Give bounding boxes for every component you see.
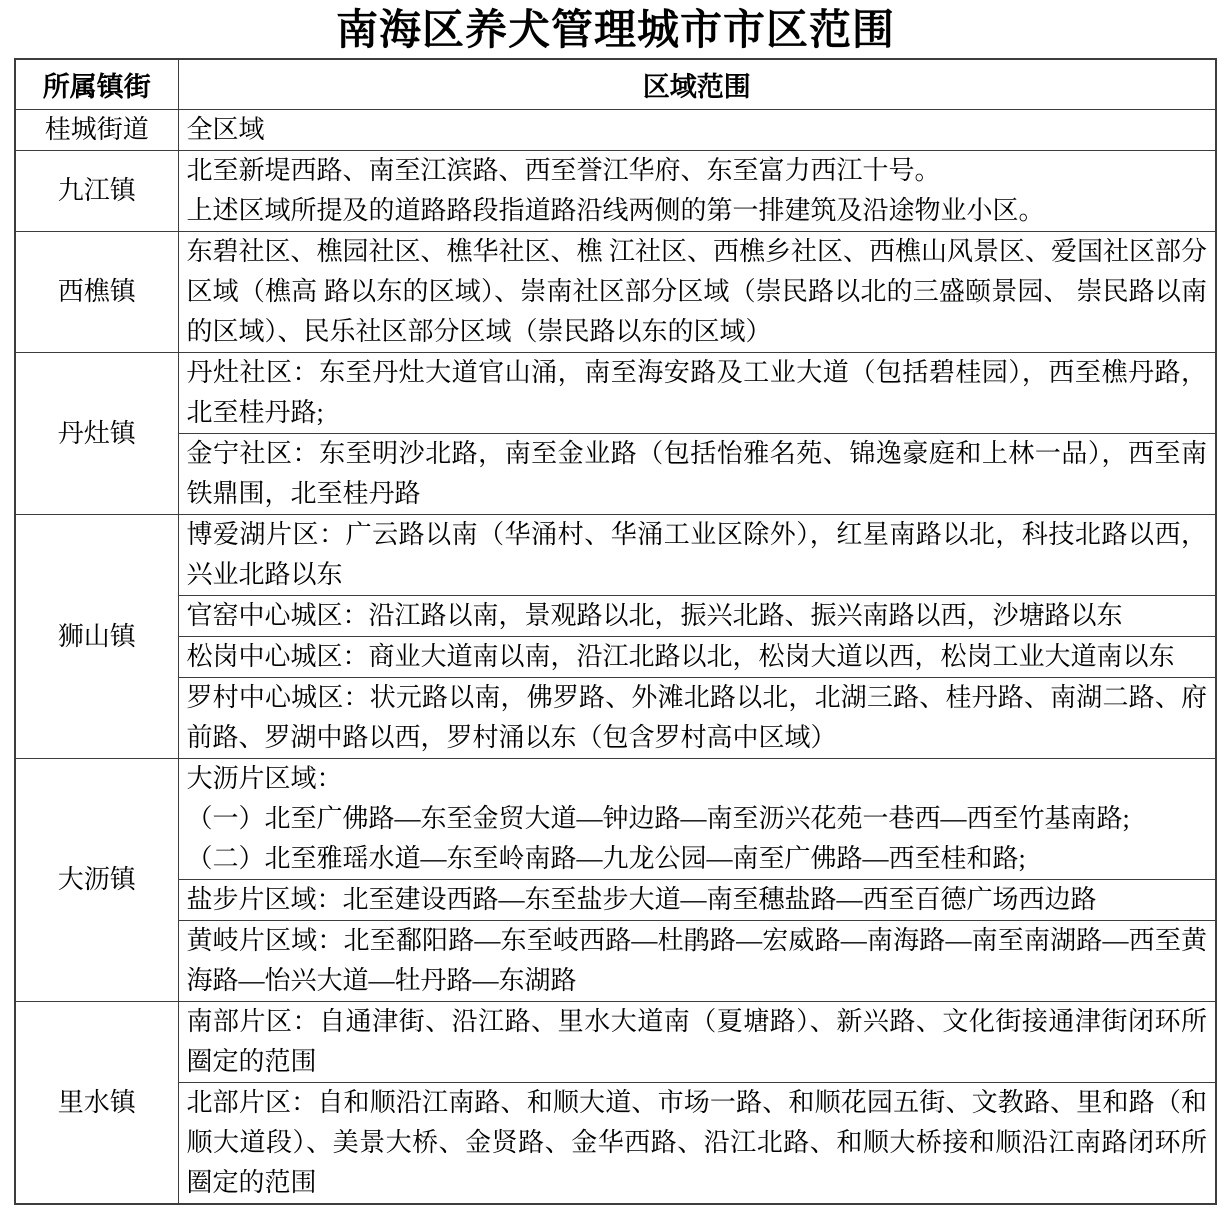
town-cell: 狮山镇: [15, 515, 178, 759]
table-row: 官窑中心城区：沿江路以南，景观路以北，振兴北路、振兴南路以西，沙塘路以东: [15, 596, 1216, 637]
table-row: 北部片区：自和顺沿江南路、和顺大道、市场一路、和顺花园五街、文教路、里和路（和顺…: [15, 1083, 1216, 1205]
table-row: 金宁社区：东至明沙北路，南至金业路（包括怡雅名苑、锦逸豪庭和上林一品），西至南铁…: [15, 434, 1216, 515]
area-cell: 金宁社区：东至明沙北路，南至金业路（包括怡雅名苑、锦逸豪庭和上林一品），西至南铁…: [178, 434, 1216, 515]
area-cell: 官窑中心城区：沿江路以南，景观路以北，振兴北路、振兴南路以西，沙塘路以东: [178, 596, 1216, 637]
town-cell: 桂城街道: [15, 110, 178, 151]
town-cell: 丹灶镇: [15, 353, 178, 515]
table-row: 狮山镇博爱湖片区：广云路以南（华涌村、华涌工业区除外），红星南路以北，科技北路以…: [15, 515, 1216, 596]
town-cell: 九江镇: [15, 151, 178, 232]
area-cell: 松岗中心城区：商业大道南以南，沿江北路以北，松岗大道以西，松岗工业大道南以东: [178, 637, 1216, 678]
town-cell: 里水镇: [15, 1002, 178, 1205]
table-row: 丹灶镇丹灶社区：东至丹灶大道官山涌，南至海安路及工业大道（包括碧桂园），西至樵丹…: [15, 353, 1216, 434]
table-row: 盐步片区域：北至建设西路—东至盐步大道—南至穗盐路—西至百德广场西边路: [15, 880, 1216, 921]
district-scope-table: 所属镇街 区域范围 桂城街道全区域九江镇北至新堤西路、南至江滨路、西至誉江华府、…: [14, 58, 1217, 1205]
area-cell: 黄岐片区域：北至鄱阳路—东至岐西路—杜鹃路—宏威路—南海路—南至南湖路—西至黄海…: [178, 921, 1216, 1002]
area-cell: 北部片区：自和顺沿江南路、和顺大道、市场一路、和顺花园五街、文教路、里和路（和顺…: [178, 1083, 1216, 1205]
column-header-area: 区域范围: [178, 59, 1216, 110]
table-row: 松岗中心城区：商业大道南以南，沿江北路以北，松岗大道以西，松岗工业大道南以东: [15, 637, 1216, 678]
table-row: 大沥镇大沥片区域： （一）北至广佛路—东至金贸大道—钟边路—南至沥兴花苑一巷西—…: [15, 759, 1216, 880]
table-row: 里水镇南部片区：自通津街、沿江路、里水大道南（夏塘路）、新兴路、文化街接通津街闭…: [15, 1002, 1216, 1083]
town-cell: 大沥镇: [15, 759, 178, 1002]
table-row: 桂城街道全区域: [15, 110, 1216, 151]
town-cell: 西樵镇: [15, 232, 178, 353]
area-cell: 盐步片区域：北至建设西路—东至盐步大道—南至穗盐路—西至百德广场西边路: [178, 880, 1216, 921]
area-cell: 东碧社区、樵园社区、樵华社区、樵 江社区、西樵乡社区、西樵山风景区、爱国社区部分…: [178, 232, 1216, 353]
table-row: 罗村中心城区：状元路以南，佛罗路、外滩北路以北，北湖三路、桂丹路、南湖二路、府前…: [15, 678, 1216, 759]
area-cell: 罗村中心城区：状元路以南，佛罗路、外滩北路以北，北湖三路、桂丹路、南湖二路、府前…: [178, 678, 1216, 759]
table-row: 黄岐片区域：北至鄱阳路—东至岐西路—杜鹃路—宏威路—南海路—南至南湖路—西至黄海…: [15, 921, 1216, 1002]
table-body: 桂城街道全区域九江镇北至新堤西路、南至江滨路、西至誉江华府、东至富力西江十号。 …: [15, 110, 1216, 1205]
table-row: 九江镇北至新堤西路、南至江滨路、西至誉江华府、东至富力西江十号。 上述区域所提及…: [15, 151, 1216, 232]
column-header-town: 所属镇街: [15, 59, 178, 110]
area-cell: 大沥片区域： （一）北至广佛路—东至金贸大道—钟边路—南至沥兴花苑一巷西—西至竹…: [178, 759, 1216, 880]
area-cell: 博爱湖片区：广云路以南（华涌村、华涌工业区除外），红星南路以北，科技北路以西，兴…: [178, 515, 1216, 596]
area-cell: 北至新堤西路、南至江滨路、西至誉江华府、东至富力西江十号。 上述区域所提及的道路…: [178, 151, 1216, 232]
page-title: 南海区养犬管理城市市区范围: [0, 0, 1231, 56]
document-page: 南海区养犬管理城市市区范围 所属镇街 区域范围 桂城街道全区域九江镇北至新堤西路…: [0, 0, 1231, 1205]
area-cell: 全区域: [178, 110, 1216, 151]
area-cell: 南部片区：自通津街、沿江路、里水大道南（夏塘路）、新兴路、文化街接通津街闭环所圈…: [178, 1002, 1216, 1083]
area-cell: 丹灶社区：东至丹灶大道官山涌，南至海安路及工业大道（包括碧桂园），西至樵丹路，北…: [178, 353, 1216, 434]
table-row: 西樵镇东碧社区、樵园社区、樵华社区、樵 江社区、西樵乡社区、西樵山风景区、爱国社…: [15, 232, 1216, 353]
header-row: 所属镇街 区域范围: [15, 59, 1216, 110]
